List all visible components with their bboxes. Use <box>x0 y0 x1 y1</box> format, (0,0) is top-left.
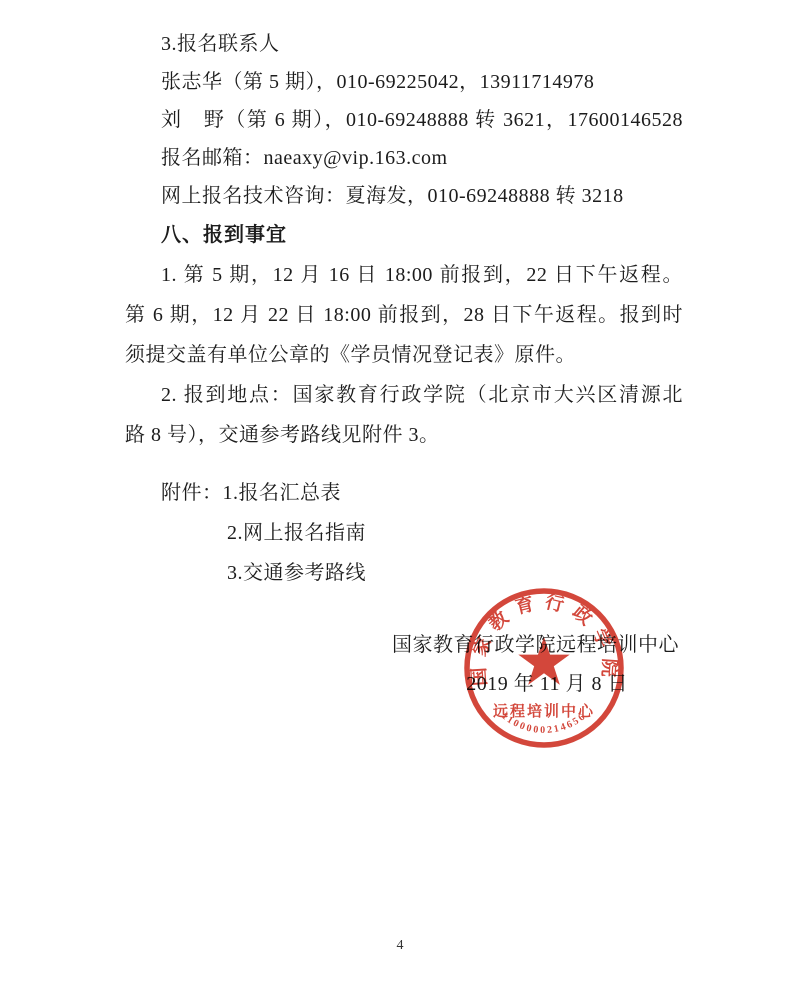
para1-line1: 1. 第 5 期，12 月 16 日 18:00 前报到，22 日下午返程。 <box>125 255 683 295</box>
attachments-label: 附件： <box>161 482 223 504</box>
signature-date: 2019 年 11 月 8 日 <box>125 665 683 703</box>
svg-text:1100000214656: 1100000214656 <box>499 711 589 736</box>
attachment-item-3: 3.交通参考路线 <box>125 553 683 593</box>
section-heading: 八、报到事宜 <box>125 215 683 255</box>
attachments-section: 附件：1.报名汇总表 2.网上报名指南 3.交通参考路线 <box>125 473 683 593</box>
para1-line3: 须提交盖有单位公章的《学员情况登记表》原件。 <box>125 335 683 375</box>
page-number: 4 <box>0 938 800 954</box>
tech-support-line: 网上报名技术咨询：夏海发，010-69248888 转 3218 <box>125 177 683 215</box>
contact-section-title: 3.报名联系人 <box>125 25 683 63</box>
para2-line1: 2. 报到地点：国家教育行政学院（北京市大兴区清源北 <box>125 375 683 415</box>
contact-line-1: 张志华（第 5 期），010-69225042，13911714978 <box>125 63 683 101</box>
attachment-item-1: 1.报名汇总表 <box>223 482 342 504</box>
signature-block: 国家教育行政学院远程培训中心 2019 年 11 月 8 日 <box>125 625 683 703</box>
checkin-section: 八、报到事宜 1. 第 5 期，12 月 16 日 18:00 前报到，22 日… <box>125 215 683 455</box>
document-page: 3.报名联系人 张志华（第 5 期），010-69225042，13911714… <box>0 0 800 984</box>
attachment-item-2: 2.网上报名指南 <box>125 513 683 553</box>
para2-line2: 路 8 号），交通参考路线见附件 3。 <box>125 415 683 455</box>
document-body: 3.报名联系人 张志华（第 5 期），010-69225042，13911714… <box>125 25 683 703</box>
seal-center-label: 远程培训中心 <box>493 702 595 720</box>
para1-line2: 第 6 期，12 月 22 日 18:00 前报到，28 日下午返程。报到时 <box>125 295 683 335</box>
email-line: 报名邮箱：naeaxy@vip.163.com <box>125 139 683 177</box>
contact-section: 3.报名联系人 张志华（第 5 期），010-69225042，13911714… <box>125 25 683 215</box>
signature-organization: 国家教育行政学院远程培训中心 <box>125 625 683 665</box>
seal-serial-number: 1100000214656 <box>499 711 589 736</box>
attachment-line-1: 附件：1.报名汇总表 <box>125 473 683 513</box>
contact-line-2: 刘 野（第 6 期），010-69248888 转 3621，176001465… <box>125 101 683 139</box>
